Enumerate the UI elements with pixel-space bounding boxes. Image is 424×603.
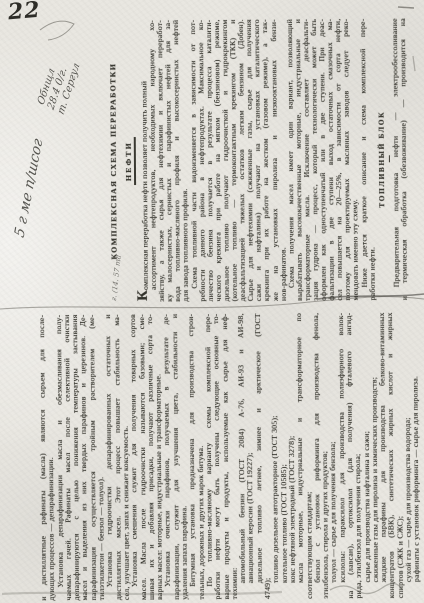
right-page-lines: омплексная переработка нефти позволяет п… [140,18,377,302]
section-heading: ТОПЛИВНЫЙ БЛОК [375,18,388,300]
scanned-book-page: и дистиллятные рафинаты (масла) являются… [0,0,424,603]
right-page-after-heading-lines: Предварительная подготовка нефти — элект… [391,18,409,300]
left-page-text-block: и дистиллятные рафинаты (масла) являются… [0,312,424,601]
text-line: и термическая обработка (обезвоживание) … [399,18,409,300]
article-title: КОМПЛЕКСНАЯ СХЕМА ПЕРЕРАБОТКИ НЕФТИ [108,20,137,302]
heading-separator [389,156,390,163]
left-page-lines: и дистиллятные рафинаты (масла) являются… [0,312,422,601]
dropcap-letter: К [136,290,151,301]
page-number: 22 [7,0,42,25]
article-title-line2: НЕФТИ [124,137,136,185]
text-line: рафинаты с установок риформинга — сырье … [411,312,421,598]
